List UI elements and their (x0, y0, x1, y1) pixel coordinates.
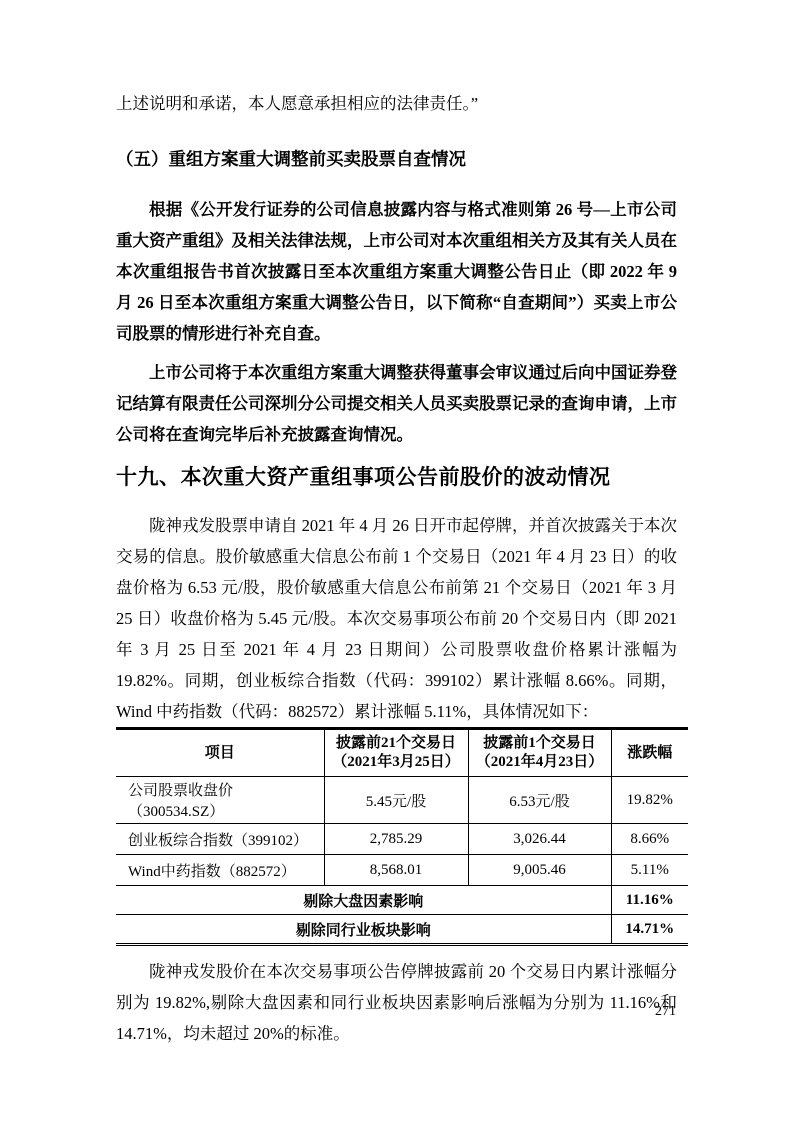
cell-change: 8.66% (611, 824, 688, 855)
table-header-row: 项目 披露前21个交易日 （2021年3月25日） 披露前1个交易日 （2021… (116, 729, 688, 777)
summary-label: 剔除同行业板块影响 (116, 915, 611, 945)
cell-1-day: 6.53元/股 (468, 777, 611, 824)
table-row: 创业板综合指数（399102） 2,785.29 3,026.44 8.66% (116, 824, 688, 855)
cell-change: 19.82% (611, 777, 688, 824)
table-summary-row: 剔除同行业板块影响 14.71% (116, 915, 688, 945)
table-row: Wind中药指数（882572） 8,568.01 9,005.46 5.11% (116, 855, 688, 886)
section-19-paragraph-1: 陇神戎发股票申请自 2021 年 4 月 26 日开市起停牌，并首次披露关于本次… (116, 510, 677, 727)
document-page: 上述说明和承诺，本人愿意承担相应的法律责任。” （五）重组方案重大调整前买卖股票… (0, 0, 793, 1122)
cell-item: 创业板综合指数（399102） (116, 824, 324, 855)
page-number: 271 (655, 1004, 676, 1020)
cell-item: 公司股票收盘价（300534.SZ） (116, 777, 324, 824)
section-19-heading: 十九、本次重大资产重组事项公告前股价的波动情况 (116, 463, 677, 493)
section-5-heading: （五）重组方案重大调整前买卖股票自查情况 (116, 146, 677, 172)
cell-change: 5.11% (611, 855, 688, 886)
section-5-paragraph-2: 上市公司将于本次重组方案重大调整获得董事会审议通过后向中国证券登记结算有限责任公… (116, 357, 677, 450)
table-summary-row: 剔除大盘因素影响 11.16% (116, 886, 688, 915)
cell-21-days: 5.45元/股 (324, 777, 468, 824)
cell-1-day: 9,005.46 (468, 855, 611, 886)
summary-label: 剔除大盘因素影响 (116, 886, 611, 915)
table-row: 公司股票收盘价（300534.SZ） 5.45元/股 6.53元/股 19.82… (116, 777, 688, 824)
header-item: 项目 (116, 729, 324, 777)
price-fluctuation-table: 项目 披露前21个交易日 （2021年3月25日） 披露前1个交易日 （2021… (116, 727, 688, 946)
summary-change: 11.16% (611, 886, 688, 915)
cell-1-day: 3,026.44 (468, 824, 611, 855)
cell-21-days: 2,785.29 (324, 824, 468, 855)
cell-21-days: 8,568.01 (324, 855, 468, 886)
header-change: 涨跌幅 (611, 729, 688, 777)
section-5-paragraph-1: 根据《公开发行证券的公司信息披露内容与格式准则第 26 号—上市公司重大资产重组… (116, 194, 677, 349)
section-19-paragraph-2: 陇神戎发股价在本次交易事项公告停牌披露前 20 个交易日内累计涨幅分别为 19.… (116, 956, 677, 1049)
cell-item: Wind中药指数（882572） (116, 855, 324, 886)
header-1-day-before: 披露前1个交易日 （2021年4月23日） (468, 729, 611, 777)
closing-quote-line: 上述说明和承诺，本人愿意承担相应的法律责任。” (116, 88, 677, 119)
summary-change: 14.71% (611, 915, 688, 945)
header-21-days-before: 披露前21个交易日 （2021年3月25日） (324, 729, 468, 777)
